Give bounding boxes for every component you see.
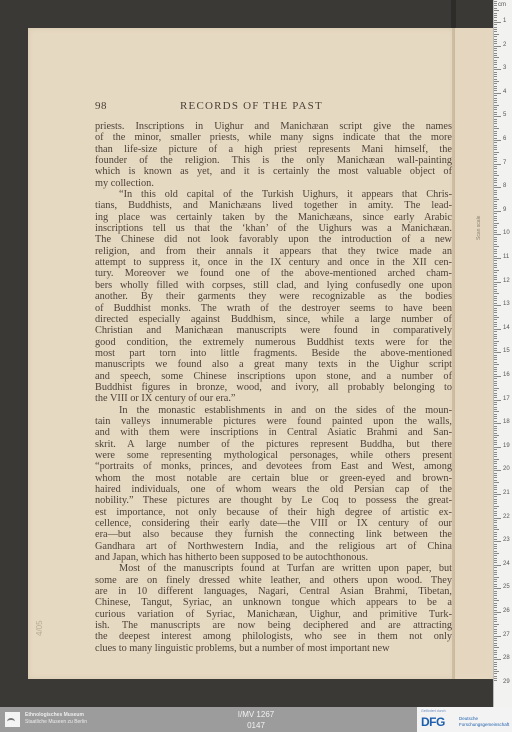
- ruler-tick: [494, 426, 497, 427]
- ruler-tick: [494, 67, 497, 68]
- ruler-tick: [494, 102, 497, 103]
- ruler-tick: [494, 640, 497, 641]
- ruler-tick: [494, 477, 497, 478]
- ruler-label: 18: [503, 419, 510, 425]
- ruler-tick: [494, 62, 497, 63]
- text-line: “In this old capital of the Turkish Uigh…: [95, 189, 452, 200]
- ruler-tick: [494, 449, 497, 450]
- ruler-tick: [494, 617, 497, 618]
- ruler-tick: [494, 529, 499, 530]
- ruler-tick: [494, 499, 497, 500]
- ruler-tick: [494, 664, 497, 665]
- ruler-tick: [494, 308, 497, 309]
- text-line: The Chinese did not look favorably upon …: [95, 234, 452, 245]
- ruler-tick: [494, 159, 497, 160]
- ruler-tick: [494, 492, 497, 493]
- ruler-tick: [494, 586, 497, 587]
- ruler-tick: [494, 324, 497, 325]
- ruler-tick: [494, 657, 497, 658]
- ruler-tick: [494, 317, 499, 318]
- ruler-tick: [494, 57, 499, 58]
- ruler-tick: [494, 402, 497, 403]
- ruler-tick: [494, 178, 497, 179]
- ruler-tick: [494, 60, 497, 61]
- ruler-label: 1: [503, 18, 506, 24]
- ruler-tick: [494, 418, 497, 419]
- ruler-tick: [494, 17, 497, 18]
- ruler-tick: [494, 24, 497, 25]
- ruler-tick: [494, 376, 501, 377]
- ruler-tick: [494, 81, 499, 82]
- pencil-annotation: 4/05: [35, 620, 44, 636]
- ruler-tick: [494, 326, 497, 327]
- ruler-tick: [494, 116, 501, 117]
- text-line: which is known as yet, and it is certain…: [95, 166, 452, 177]
- ruler-tick: [494, 588, 501, 589]
- ruler-tick: [494, 374, 497, 375]
- ruler-tick: [494, 503, 497, 504]
- text-line: “portraits of monks, princes, and devote…: [95, 461, 452, 472]
- ruler-tick: [494, 192, 497, 193]
- ruler-tick: [494, 652, 497, 653]
- ruler-tick: [494, 329, 501, 330]
- text-line: Buddhist figures in bronze, wood, and iv…: [95, 382, 452, 393]
- ruler-label: 7: [503, 160, 506, 166]
- ruler-tick: [494, 246, 499, 247]
- ruler-tick: [494, 638, 497, 639]
- ruler-label: 8: [503, 183, 506, 189]
- ruler-tick: [494, 86, 497, 87]
- ruler-tick: [494, 282, 501, 283]
- ruler-label: 15: [503, 348, 510, 354]
- ruler-tick: [494, 48, 497, 49]
- ruler-tick: [494, 338, 497, 339]
- ruler-tick: [494, 227, 497, 228]
- ruler-tick: [494, 36, 497, 37]
- ruler-tick: [494, 555, 497, 556]
- ruler-tick: [494, 152, 499, 153]
- ruler-tick: [494, 157, 497, 158]
- text-line: ish. The manuscripts are now being decip…: [95, 620, 452, 631]
- ruler-tick: [494, 442, 497, 443]
- ruler-label: 13: [503, 301, 510, 307]
- ruler-tick: [494, 175, 499, 176]
- ruler-tick: [494, 206, 497, 207]
- ruler-tick: [494, 355, 497, 356]
- ruler-tick: [494, 636, 501, 637]
- text-line: manuscripts we found also a great many t…: [95, 359, 452, 370]
- ruler-tick: [494, 669, 497, 670]
- ruler-tick: [494, 76, 497, 77]
- ruler-tick: [494, 223, 499, 224]
- ruler-tick: [494, 362, 497, 363]
- ruler-tick: [494, 435, 499, 436]
- ruler-tick: [494, 607, 497, 608]
- ruler-tick: [494, 560, 497, 561]
- ruler-label: 10: [503, 230, 510, 236]
- text-line: another. By their garments they were rec…: [95, 291, 452, 302]
- ruler-tick: [494, 133, 497, 134]
- ruler-tick: [494, 168, 497, 169]
- ruler-tick: [494, 480, 497, 481]
- ruler-tick: [494, 237, 497, 238]
- ruler-tick: [494, 258, 501, 259]
- ruler-tick: [494, 105, 499, 106]
- paragraph: Most of the manuscripts found at Turfan …: [95, 563, 452, 654]
- ruler-tick: [494, 263, 497, 264]
- text-line: clues to many linguistic problems, but a…: [95, 643, 452, 654]
- ruler-tick: [494, 303, 497, 304]
- ruler-tick: [494, 532, 497, 533]
- ruler-label: 21: [503, 490, 510, 496]
- ruler-tick: [494, 562, 497, 563]
- ruler-tick: [494, 395, 497, 396]
- binding-strip: [451, 0, 456, 28]
- ruler-tick: [494, 22, 501, 23]
- text-line: tain valleys innumerable pictures were f…: [95, 416, 452, 427]
- paragraph: priests. Inscriptions in Uighur and Mani…: [95, 121, 452, 189]
- ruler-tick: [494, 473, 497, 474]
- ruler-tick: [494, 100, 497, 101]
- ruler-tick: [494, 364, 499, 365]
- ruler-tick: [494, 187, 501, 188]
- ruler-tick: [494, 673, 497, 674]
- ruler-tick: [494, 208, 497, 209]
- text-line: some are on finely dressed white leather…: [95, 575, 452, 586]
- ruler-tick: [494, 433, 497, 434]
- ruler-tick: [494, 27, 497, 28]
- ruler-tick: [494, 536, 497, 537]
- ruler-tick: [494, 46, 501, 47]
- ruler-tick: [494, 647, 499, 648]
- text-line: inscriptions tell us that the ‘khan’ of …: [95, 223, 452, 234]
- ruler-tick: [494, 527, 497, 528]
- text-line: and with them were inscriptions in Centr…: [95, 427, 452, 438]
- ruler-label: 5: [503, 112, 506, 118]
- ruler-tick: [494, 55, 497, 56]
- ruler-tick: [494, 131, 497, 132]
- ruler-tick: [494, 95, 497, 96]
- text-line: whom the most notable are certain blue o…: [95, 473, 452, 484]
- ruler-label: 27: [503, 632, 510, 638]
- ruler-tick: [494, 397, 497, 398]
- ruler-tick: [494, 534, 497, 535]
- ruler-tick: [494, 336, 497, 337]
- ruler-tick: [494, 572, 497, 573]
- ruler-label: 2: [503, 42, 506, 48]
- ruler-tick: [494, 166, 497, 167]
- ruler-tick: [494, 213, 497, 214]
- ruler-tick: [494, 190, 497, 191]
- ruler-tick: [494, 34, 499, 35]
- page-flap: [454, 28, 494, 679]
- ruler-tick: [494, 90, 497, 91]
- ruler-tick: [494, 234, 501, 235]
- ruler-tick: [494, 574, 497, 575]
- text-line: Chinese, Tangut, Syriac, an unknown tong…: [95, 597, 452, 608]
- ruler-tick: [494, 579, 497, 580]
- ruler-label: 24: [503, 561, 510, 567]
- ruler-tick: [494, 461, 497, 462]
- ruler-tick: [494, 662, 497, 663]
- ruler-tick: [494, 506, 499, 507]
- page-number: 98: [95, 100, 107, 112]
- ruler-tick: [494, 541, 501, 542]
- ruler-tick: [494, 367, 497, 368]
- ruler-tick: [494, 593, 497, 594]
- ruler-tick: [494, 149, 497, 150]
- ruler-tick: [494, 270, 499, 271]
- ruler-tick: [494, 676, 497, 677]
- ruler-label: 11: [503, 254, 509, 260]
- ruler-tick: [494, 371, 497, 372]
- ruler-tick: [494, 447, 501, 448]
- ruler-tick: [494, 322, 497, 323]
- ruler-label: 12: [503, 278, 510, 284]
- ruler-tick: [494, 312, 497, 313]
- ruler-tick: [494, 275, 497, 276]
- ruler-tick: [494, 487, 497, 488]
- text-line: good condition, the extremely numerous B…: [95, 337, 452, 348]
- ruler-tick: [494, 126, 497, 127]
- ruler-tick: [494, 595, 497, 596]
- text-line: of Buddhist monks. The wrath of the dest…: [95, 303, 452, 314]
- ruler-tick: [494, 470, 501, 471]
- text-line: the deepest interest among philologists,…: [95, 631, 452, 642]
- ruler-tick: [494, 53, 497, 54]
- ruler-tick: [494, 650, 497, 651]
- ruler-tick: [494, 341, 499, 342]
- text-line: haired individuals, one of whom wears th…: [95, 484, 452, 495]
- text-line: est importance, not only because of thei…: [95, 507, 452, 518]
- ruler-tick: [494, 279, 497, 280]
- ruler-tick: [494, 440, 497, 441]
- ruler-tick: [494, 475, 497, 476]
- ruler-tick: [494, 109, 497, 110]
- ruler-tick: [494, 145, 497, 146]
- ruler-tick: [494, 284, 497, 285]
- ruler-tick: [494, 182, 497, 183]
- paragraph: “In this old capital of the Turkish Uigh…: [95, 189, 452, 405]
- ruler-tick: [494, 230, 497, 231]
- ruler-tick: [494, 511, 497, 512]
- ruler-tick: [494, 154, 497, 155]
- ruler-tick: [494, 621, 497, 622]
- ruler-label: 26: [503, 608, 510, 614]
- ruler-tick: [494, 29, 497, 30]
- ruler-tick: [494, 546, 497, 547]
- ruler-side-label: Scan scale: [476, 216, 482, 240]
- ruler-label: 19: [503, 443, 510, 449]
- ruler-tick: [494, 185, 497, 186]
- ruler-tick: [494, 204, 497, 205]
- ruler-label: 20: [503, 466, 510, 472]
- ruler-tick: [494, 142, 497, 143]
- ruler-tick: [494, 567, 497, 568]
- ruler-tick: [494, 454, 497, 455]
- ruler-tick: [494, 624, 499, 625]
- text-line: cellence, considering their early date—t…: [95, 518, 452, 529]
- ruler-tick: [494, 343, 497, 344]
- ruler-tick: [494, 508, 497, 509]
- ruler-tick: [494, 286, 497, 287]
- ruler-tick: [494, 581, 497, 582]
- ruler-tick: [494, 522, 497, 523]
- ruler-label: 16: [503, 372, 510, 378]
- ruler-tick: [494, 456, 497, 457]
- ruler-tick: [494, 98, 497, 99]
- dfg-funded-label: Gefördert durch: [421, 709, 446, 713]
- ruler-tick: [494, 513, 497, 514]
- ruler-tick: [494, 496, 497, 497]
- ruler-tick: [494, 482, 499, 483]
- ruler-tick: [494, 220, 497, 221]
- ruler-tick: [494, 345, 497, 346]
- text-line: and Japan, which has hitherto been suppo…: [95, 552, 452, 563]
- text-line: founder of the religion. This is the onl…: [95, 155, 452, 166]
- ruler-tick: [494, 310, 497, 311]
- ruler-tick: [494, 350, 497, 351]
- ruler-tick: [494, 201, 497, 202]
- ruler-tick: [494, 260, 497, 261]
- ruler-tick: [494, 388, 499, 389]
- ruler-tick: [494, 626, 497, 627]
- ruler-tick: [494, 20, 497, 21]
- ruler-tick: [494, 293, 499, 294]
- ruler-tick: [494, 423, 501, 424]
- text-line: ing place was certainly taken by the Man…: [95, 212, 452, 223]
- footer-bar: Ethnologisches Museum Staatliche Museen …: [0, 707, 512, 732]
- text-line: and speech, some Chinese inscriptions up…: [95, 371, 452, 382]
- ruler-tick: [494, 211, 501, 212]
- ruler-tick: [494, 369, 497, 370]
- ruler-label: 22: [503, 514, 510, 520]
- ruler-tick: [494, 565, 501, 566]
- ruler-tick: [494, 218, 497, 219]
- ruler-tick: [494, 83, 497, 84]
- ruler-tick: [494, 216, 497, 217]
- measurement-ruler: cm 1234567891011121314151617181920212223…: [493, 0, 512, 707]
- ruler-tick: [494, 520, 497, 521]
- ruler-tick: [494, 232, 497, 233]
- ruler-label: 4: [503, 89, 506, 95]
- ruler-tick: [494, 244, 497, 245]
- ruler-tick: [494, 619, 497, 620]
- ruler-label: 28: [503, 655, 510, 661]
- text-line: curious variation of Syriac, Manichæan, …: [95, 609, 452, 620]
- text-line: bers wholly filled with corpses, still c…: [95, 280, 452, 291]
- ruler-tick: [494, 393, 497, 394]
- ruler-tick: [494, 10, 499, 11]
- ruler-tick: [494, 515, 497, 516]
- text-line: Gandhara art of Northwestern India, and …: [95, 541, 452, 552]
- ruler-tick: [494, 197, 497, 198]
- text-line: Most of the manuscripts found at Turfan …: [95, 563, 452, 574]
- ruler-label: 9: [503, 207, 506, 213]
- ruler-tick: [494, 603, 497, 604]
- ruler-tick: [494, 407, 497, 408]
- ruler-tick: [494, 291, 497, 292]
- body-text: priests. Inscriptions in Uighur and Mani…: [95, 121, 452, 654]
- ruler-tick: [494, 494, 501, 495]
- ruler-tick: [494, 577, 499, 578]
- ruler-tick: [494, 194, 497, 195]
- text-line: than life-size picture of a high priest …: [95, 144, 452, 155]
- ruler-tick: [494, 225, 497, 226]
- ruler-tick: [494, 319, 497, 320]
- ruler-label: 25: [503, 584, 510, 590]
- ruler-tick: [494, 381, 497, 382]
- running-head-title: RECORDS OF THE PAST: [180, 100, 323, 112]
- ruler-tick: [494, 671, 499, 672]
- ruler-tick: [494, 88, 497, 89]
- ruler-tick: [494, 140, 501, 141]
- ruler-tick: [494, 256, 497, 257]
- text-line: nobility.” These pictures are thought by…: [95, 495, 452, 506]
- text-line: are in 10 different languages, Nagari, C…: [95, 586, 452, 597]
- ruler-tick: [494, 93, 501, 94]
- dfg-org-line1: Deutsche: [459, 716, 478, 721]
- ruler-tick: [494, 249, 497, 250]
- ruler-tick: [494, 5, 497, 6]
- ruler-tick: [494, 64, 497, 65]
- ruler-tick: [494, 135, 497, 136]
- ruler-tick: [494, 459, 499, 460]
- ruler-label: 29: [503, 679, 510, 685]
- ruler-tick: [494, 400, 501, 401]
- ruler-tick: [494, 383, 497, 384]
- ruler-tick: [494, 654, 497, 655]
- ruler-tick: [494, 199, 499, 200]
- ruler-tick: [494, 128, 499, 129]
- ruler-tick: [494, 404, 497, 405]
- ruler-tick: [494, 378, 497, 379]
- ruler-tick: [494, 631, 497, 632]
- ruler-tick: [494, 553, 499, 554]
- ruler-label: 6: [503, 136, 506, 142]
- ruler-tick: [494, 107, 497, 108]
- text-line: Christian and Manichæan manuscripts were…: [95, 325, 452, 336]
- ruler-tick: [494, 171, 497, 172]
- ruler-tick: [494, 539, 497, 540]
- ruler-tick: [494, 331, 497, 332]
- paragraph: In the monastic establishments in and on…: [95, 405, 452, 564]
- ruler-tick: [494, 421, 497, 422]
- ruler-tick: [494, 300, 497, 301]
- ruler-tick: [494, 633, 497, 634]
- ruler-tick: [494, 548, 497, 549]
- dfg-org-name: Deutsche Forschungsgemeinschaft: [459, 716, 509, 727]
- ruler-tick: [494, 41, 497, 42]
- ruler-tick: [494, 598, 497, 599]
- ruler-tick: [494, 31, 497, 32]
- text-line: era—but also because they furnish the co…: [95, 529, 452, 540]
- ruler-tick: [494, 501, 497, 502]
- ruler-tick: [494, 430, 497, 431]
- ruler-tick: [494, 629, 497, 630]
- ruler-tick: [494, 678, 497, 679]
- text-line: In the monastic establishments in and on…: [95, 405, 452, 416]
- ruler-label: 3: [503, 65, 506, 71]
- ruler-tick: [494, 147, 497, 148]
- ruler-tick: [494, 114, 497, 115]
- ruler-tick: [494, 680, 497, 681]
- ruler-tick: [494, 612, 501, 613]
- text-line: priests. Inscriptions in Uighur and Mani…: [95, 121, 452, 132]
- ruler-tick: [494, 489, 497, 490]
- ruler-tick: [494, 119, 497, 120]
- text-line: most part torn into little fragments. Be…: [95, 348, 452, 359]
